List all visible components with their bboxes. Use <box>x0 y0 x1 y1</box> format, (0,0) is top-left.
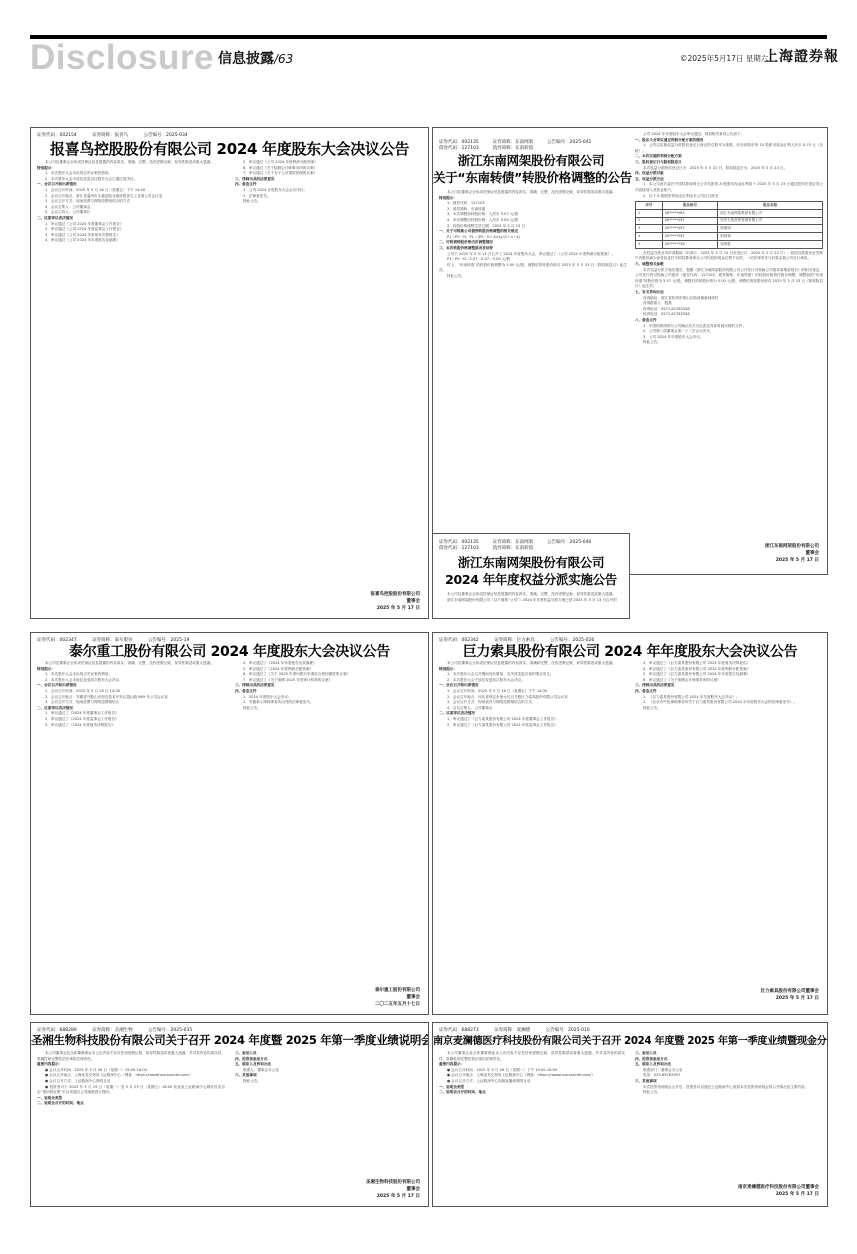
section-brand: Disclosure <box>30 41 214 75</box>
body-col-right: 三、参加人员 四、投资者参加方式 五、联系人及咨询办法 联系部门：董事会办公室 … <box>635 1051 823 1183</box>
column-header: 股东账号 <box>662 202 717 210</box>
signoff-board: 董事会 <box>371 598 421 605</box>
cell: 杭州万凯投资管理有限公司 <box>718 217 823 225</box>
cell: 08*****083 <box>662 209 717 217</box>
notice-title: 泰尔重工股份有限公司 2024 年度股东大会决议公告 <box>31 641 428 661</box>
notice-title: 浙江东南网架股份有限公司 关于“东南转债”转股价格调整的公告 <box>433 152 629 186</box>
notice-intro: 本公司及董事会全体成员保证信息披露的内容真实、准确、完整，没有虚假记载、误导性陈… <box>439 592 625 598</box>
signoff-company: 报喜鸟控股股份有限公司 <box>371 591 421 598</box>
stock-code: 证券代码：002135 <box>439 140 479 145</box>
notice-title: 南京麦澜德医疗科技股份有限公司关于召开 2024 年度暨 2025 年第一季度业… <box>433 1032 827 1047</box>
stock-abbr: 证券简称：东南网架 <box>493 540 534 545</box>
cell: 00*****738 <box>662 241 717 249</box>
notice-title: 巨力索具股份有限公司 2024 年年度股东大会决议公告 <box>433 641 827 661</box>
signoff-board: 董事会 <box>366 1186 420 1193</box>
signoff-company: 巨力索具股份有限公司董事会 <box>761 988 820 995</box>
title-line: 2024 年年度权益分派实施公告 <box>433 571 629 588</box>
notice-number: 公告编号：2025-041 <box>547 140 591 145</box>
bond-abbr: 债券简称：东南转债 <box>493 546 534 551</box>
section-title: 信息披露 <box>218 51 274 67</box>
body-col-right: 三、参加人员 四、投资者参加方式 五、联系人及咨询办法 联系人：董事会办公室 六… <box>235 1051 424 1181</box>
notice-body: 本公司及董事会全体成员保证信息披露的内容真实、准确、完整，没有虚假记载、误导性陈… <box>439 190 627 530</box>
body-col-left: 本公司董事会及全体董事保证本公告内容不存在任何虚假记载、误导性陈述或者重大遗漏，… <box>439 1051 625 1183</box>
signoff-date: 2025 年 5 月 17 日 <box>366 1193 420 1200</box>
notice-body: 本公司及董事会全体成员保证信息披露的内容真实、准确、完整，没有虚假记载、误导性陈… <box>37 661 424 971</box>
notice-meta: 证券代码：002135证券简称：东南网架公告编号：2025-040 债券代码：1… <box>439 540 605 552</box>
paragraph: 2．以下 A 股股东的现金红利由本公司自行派发： <box>635 194 823 200</box>
paragraph: 1．公司以实施权益分派股权登记日登记的总股本为基数，向全体股东每 10 股派发现… <box>635 143 823 154</box>
notice-julisuoju: 证券代码：002342 证券简称：巨力索具 公告编号：2025-026 巨力索具… <box>432 632 828 1015</box>
title-line: 浙江东南网架股份有限公司 <box>433 554 629 571</box>
body-col-left: 本公司董事会及全体董事保证本公告内容不存在任何虚假记载、误导性陈述或者重大遗漏，… <box>37 1051 225 1181</box>
paragraph: 本次投资者说明会召开后，投资者可以通过上证路演中心查看本次投资者说明会的召开情况… <box>635 1085 823 1091</box>
bond-abbr: 债券简称：东南转债 <box>493 146 534 151</box>
paragraph: 4．审议通过《公司 2024 年年度报告及摘要》 <box>37 238 225 244</box>
paragraph: 二、说明会召开的时间、地点 <box>37 1101 225 1107</box>
notice-signoff: 南京麦澜德医疗科技股份有限公司董事会 2025 年 5 月 17 日 <box>738 1184 819 1198</box>
notice-title: 报喜鸟控股股份有限公司 2024 年度股东大会决议公告 <box>31 138 428 159</box>
notice-signoff: 泰尔重工股份有限公司 董事会 二〇二五年五月十七日 <box>375 987 420 1008</box>
body-col-right: 4．审议通过了《2024 年年度报告及其摘要》 5．审议通过了《2024 年度利… <box>235 661 424 971</box>
signoff-company: 浙江东南网架股份有限公司 <box>765 543 819 550</box>
notice-intro: 本公司及董事会全体成员保证信息披露的内容真实、准确、完整，没有虚假记载、误导性陈… <box>37 661 225 667</box>
cell: 00*****493 <box>662 225 717 233</box>
notice-signoff: 巨力索具股份有限公司董事会 2025 年 5 月 17 日 <box>761 988 820 1002</box>
paragraph: 特此公告。 <box>439 274 627 280</box>
notice-intro: 本公司及董事会全体成员保证信息披露的内容真实、准确和完整，没有虚假记载、误导性陈… <box>439 661 625 667</box>
page-number: /63 <box>274 52 293 66</box>
notice-body: 本公司董事会及全体董事保证本公告内容不存在任何虚假记载、误导性陈述或者重大遗漏，… <box>439 1051 823 1183</box>
notice-shengxiang: 证券代码：688289 证券简称：圣湘生物 公告编号：2025-035 圣湘生物… <box>30 1022 429 1207</box>
body-col-right: 3．审议通过了《巨力索具股份有限公司 2024 年度财务决算报告》 4．审议通过… <box>635 661 823 981</box>
notice-signoff: 报喜鸟控股股份有限公司 董事会 2025 年 5 月 17 日 <box>371 591 421 612</box>
notice-body: 本公司及董事会全体成员保证信息披露的内容真实、准确、完整，没有虚假记载、误导性陈… <box>37 160 424 580</box>
paragraph: 浙江东南网架股份有限公司（以下简称“公司”）2024 年年度权益分派方案已获 2… <box>439 598 625 604</box>
notice-body: 本公司及董事会全体成员保证信息披露的内容真实、准确、完整，没有虚假记载、误导性陈… <box>439 592 625 616</box>
signoff-date: 2025 年 5 月 17 日 <box>738 1191 819 1198</box>
bond-code: 债券代码：127103 <box>439 146 479 151</box>
notice-body: 本公司董事会及全体董事保证本公告内容不存在任何虚假记载、误导性陈述或者重大遗漏，… <box>37 1051 424 1181</box>
column-header: 股东名称 <box>718 202 823 210</box>
cell: 5 <box>636 241 663 249</box>
dividend-signoff: 浙江东南网架股份有限公司 董事会 2025 年 5 月 17 日 <box>765 543 819 564</box>
paragraph: 在权益分派业务申请期间（申请日：2025 年 5 月 15 日至登记日：2025… <box>635 251 823 262</box>
cell: 周观根 <box>718 241 823 249</box>
paragraph: 特此公告。 <box>635 1090 823 1096</box>
notice-title: 圣湘生物科技股份有限公司关于召开 2024 年度暨 2025 年第一季度业绩说明… <box>31 1032 428 1048</box>
notice-signoff: 圣湘生物科技股份有限公司 董事会 2025 年 5 月 17 日 <box>366 1179 420 1200</box>
notice-number: 公告编号：2025-040 <box>547 540 591 545</box>
signoff-board: 董事会 <box>375 994 420 1001</box>
signoff-date: 2025 年 5 月 17 日 <box>765 557 819 564</box>
paragraph: 特此公告。 <box>635 706 823 712</box>
notice-baoxiniao: 证券代码：002154 证券简称：报喜鸟 公告编号：2025-034 报喜鸟控股… <box>30 127 429 619</box>
notice-taier: 证券代码：002347 证券简称：泰尔股份 公告编号：2025-19 泰尔重工股… <box>30 632 429 1015</box>
paragraph: 特此公告。 <box>235 706 424 712</box>
cell: 00*****392 <box>662 233 717 241</box>
cell: 郭明明 <box>718 225 823 233</box>
paragraph: 3．审议通过了《2024 年度财务决算报告》 <box>37 723 225 729</box>
notice-dongnan-dividend: 证券代码：002135证券简称：东南网架公告编号：2025-040 债券代码：1… <box>432 533 630 619</box>
paragraph: 特此公告。 <box>235 1079 424 1085</box>
cell: 1 <box>636 209 663 217</box>
self-dispatch-shareholder-table: 序号 股东账号 股东名称 108*****083浙江东南网架集团有限公司 208… <box>635 201 823 249</box>
notice-nanjing-mairuide: 证券代码：688273 证券简称：麦澜德 公告编号：2025-016 南京麦澜德… <box>432 1022 828 1207</box>
notice-title: 浙江东南网架股份有限公司 2024 年年度权益分派实施公告 <box>433 554 629 588</box>
paragraph: 特此公告。 <box>235 199 424 205</box>
notice-body: 本公司及董事会全体成员保证信息披露的内容真实、准确和完整，没有虚假记载、误导性陈… <box>439 661 823 981</box>
cell: 4 <box>636 233 663 241</box>
signoff-date: 二〇二五年五月十七日 <box>375 1001 420 1008</box>
signoff-company: 南京麦澜德医疗科技股份有限公司董事会 <box>738 1184 819 1191</box>
table-row: 208*****492杭州万凯投资管理有限公司 <box>636 217 823 225</box>
column-header: 序号 <box>636 202 663 210</box>
dividend-body-continued: 公司 2024 年年度股东大会审议通过。现将相关事项公告如下： 一、股东大会审议… <box>635 132 823 572</box>
bond-code: 债券代码：127103 <box>439 546 479 551</box>
notice-intro: 本公司及董事会全体成员保证信息披露的内容真实、准确、完整，没有虚假记载、误导性陈… <box>439 190 627 196</box>
paragraph: 2．《北京市中伦律师事务所关于巨力索具股份有限公司 2024 年年度股东大会的法… <box>635 700 823 706</box>
stock-abbr: 证券简称：东南网架 <box>493 140 534 145</box>
cell: 2 <box>636 217 663 225</box>
cell: 浙江东南网架集团有限公司 <box>718 209 823 217</box>
signoff-company: 泰尔重工股份有限公司 <box>375 987 420 994</box>
title-line: 浙江东南网架股份有限公司 <box>433 152 629 169</box>
body-col-left: 本公司及董事会全体成员保证信息披露的内容真实、准确和完整，没有虚假记载、误导性陈… <box>439 661 625 981</box>
notice-intro: 本公司董事会及全体董事保证本公告内容不存在任何虚假记载、误导性陈述或者重大遗漏，… <box>37 1051 225 1062</box>
notice-dongnan-conversion: 证券代码：002135证券简称：东南网架公告编号：2025-041 债券代码：1… <box>432 127 828 575</box>
paragraph: ● 投资者可于 2025 年 5 月 19 日（星期一）至 5 月 23 日（星… <box>37 1085 225 1096</box>
signoff-date: 2025 年 5 月 17 日 <box>371 605 421 612</box>
cell: 3 <box>636 225 663 233</box>
paragraph: 本次权益分派方案实施后，根据《浙江东南网架股份有限公司公开发行可转换公司债券募集… <box>635 268 823 290</box>
body-col-right: 5．审议通过《公司 2024 年度利润分配预案》 6．审议通过《关于续聘会计师事… <box>235 160 424 580</box>
paragraph: 特此公告。 <box>635 340 823 346</box>
table-row: 500*****738周观根 <box>636 241 823 249</box>
title-line: 关于“东南转债”转股价格调整的公告 <box>433 169 629 186</box>
section-label: 信息披露/63 <box>218 48 293 68</box>
signoff-board: 董事会 <box>765 550 819 557</box>
paragraph: 1．本公司此次委托中国结算深圳分公司代派的 A 股股东现金红利将于 2025 年… <box>635 182 823 193</box>
signoff-company: 圣湘生物科技股份有限公司 <box>366 1179 420 1186</box>
table-row: 400*****392郭林林 <box>636 233 823 241</box>
stock-code: 证券代码：002135 <box>439 540 479 545</box>
body-col-left: 本公司及董事会全体成员保证信息披露的内容真实、准确、完整，没有虚假记载、误导性陈… <box>37 160 225 580</box>
paragraph: 2．审议通过了《巨力索具股份有限公司 2024 年度监事会工作报告》 <box>439 723 625 729</box>
table-row: 300*****493郭明明 <box>636 225 823 233</box>
cell: 郭林林 <box>718 233 823 241</box>
signoff-date: 2025 年 5 月 17 日 <box>761 995 820 1002</box>
body-col-left: 本公司及董事会全体成员保证信息披露的内容真实、准确、完整，没有虚假记载、误导性陈… <box>37 661 225 971</box>
cell: 08*****492 <box>662 217 717 225</box>
paragraph: 综上，“东南转债”的转股价格调整为 5.00 元/股，调整后的转股价格自 202… <box>439 263 627 274</box>
paragraph: 二、说明会召开的时间、地点 <box>439 1090 625 1096</box>
table-row: 108*****083浙江东南网架集团有限公司 <box>636 209 823 217</box>
notice-intro: 本公司及董事会全体成员保证信息披露的内容真实、准确、完整，没有虚假记载、误导性陈… <box>37 160 225 166</box>
notice-meta: 证券代码：002135证券简称：东南网架公告编号：2025-041 债券代码：1… <box>439 140 605 152</box>
issue-date: ©2025年5月17日 星期六 <box>680 53 768 64</box>
notice-intro: 本公司董事会及全体董事保证本公告内容不存在任何虚假记载、误导性陈述或者重大遗漏，… <box>439 1051 625 1062</box>
newspaper-logo: 上海證券報 <box>764 46 839 66</box>
